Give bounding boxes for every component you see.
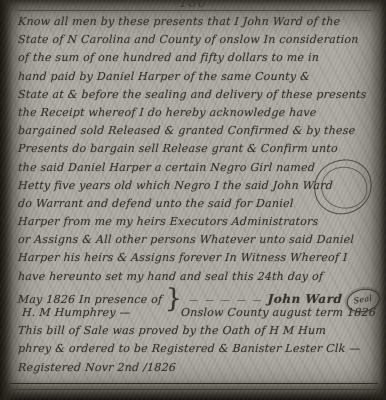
manuscript-line: State at & before the sealing and delive… <box>18 86 377 104</box>
manuscript-text-block: Know all men by these presents that I Jo… <box>18 13 376 382</box>
witness-row: H. M Humphrey — Onslow County august ter… <box>18 304 377 322</box>
manuscript-line: State of N Carolina and County of onslow… <box>18 31 377 49</box>
bottom-rule-lines <box>10 383 378 390</box>
manuscript-line: the said Daniel Harper a certain Negro G… <box>18 159 377 177</box>
registration-line: Registered Novr 2nd /1826 <box>18 359 377 377</box>
manuscript-line: hand paid by Daniel Harper of the same C… <box>18 68 377 86</box>
manuscript-line: Harper from me my heirs Executors Admini… <box>18 213 377 231</box>
manuscript-line: or Assigns & All other persons Whatever … <box>18 231 377 249</box>
manuscript-line: Know all men by these presents that I Jo… <box>18 13 377 31</box>
attestation-row: May 1826 In presence of } — — — — — John… <box>18 286 377 304</box>
witness-name: H. M Humphrey — <box>18 304 132 322</box>
probate-line: phrey & ordered to be Registered & Banis… <box>18 340 377 358</box>
scanned-document-page: 186 Know all men by these presents that … <box>0 0 386 400</box>
manuscript-line: Presents do bargain sell Release grant &… <box>18 140 377 158</box>
manuscript-line: do Warrant and defend unto the said for … <box>18 195 377 213</box>
manuscript-line: have hereunto set my hand and seal this … <box>18 268 377 286</box>
court-term-text: Onslow County august term 1826 <box>180 304 376 322</box>
manuscript-line: bargained sold Released & granted Confir… <box>18 122 377 140</box>
manuscript-line: Harper his heirs & Assigns forever In Wi… <box>18 249 377 267</box>
manuscript-line: the Receipt whereof I do hereby acknowle… <box>18 104 377 122</box>
manuscript-line: Hetty five years old which Negro I the s… <box>18 177 377 195</box>
manuscript-line: of the sum of one hundred and fifty doll… <box>18 49 377 67</box>
probate-line: This bill of Sale was proved by the Oath… <box>18 322 377 340</box>
